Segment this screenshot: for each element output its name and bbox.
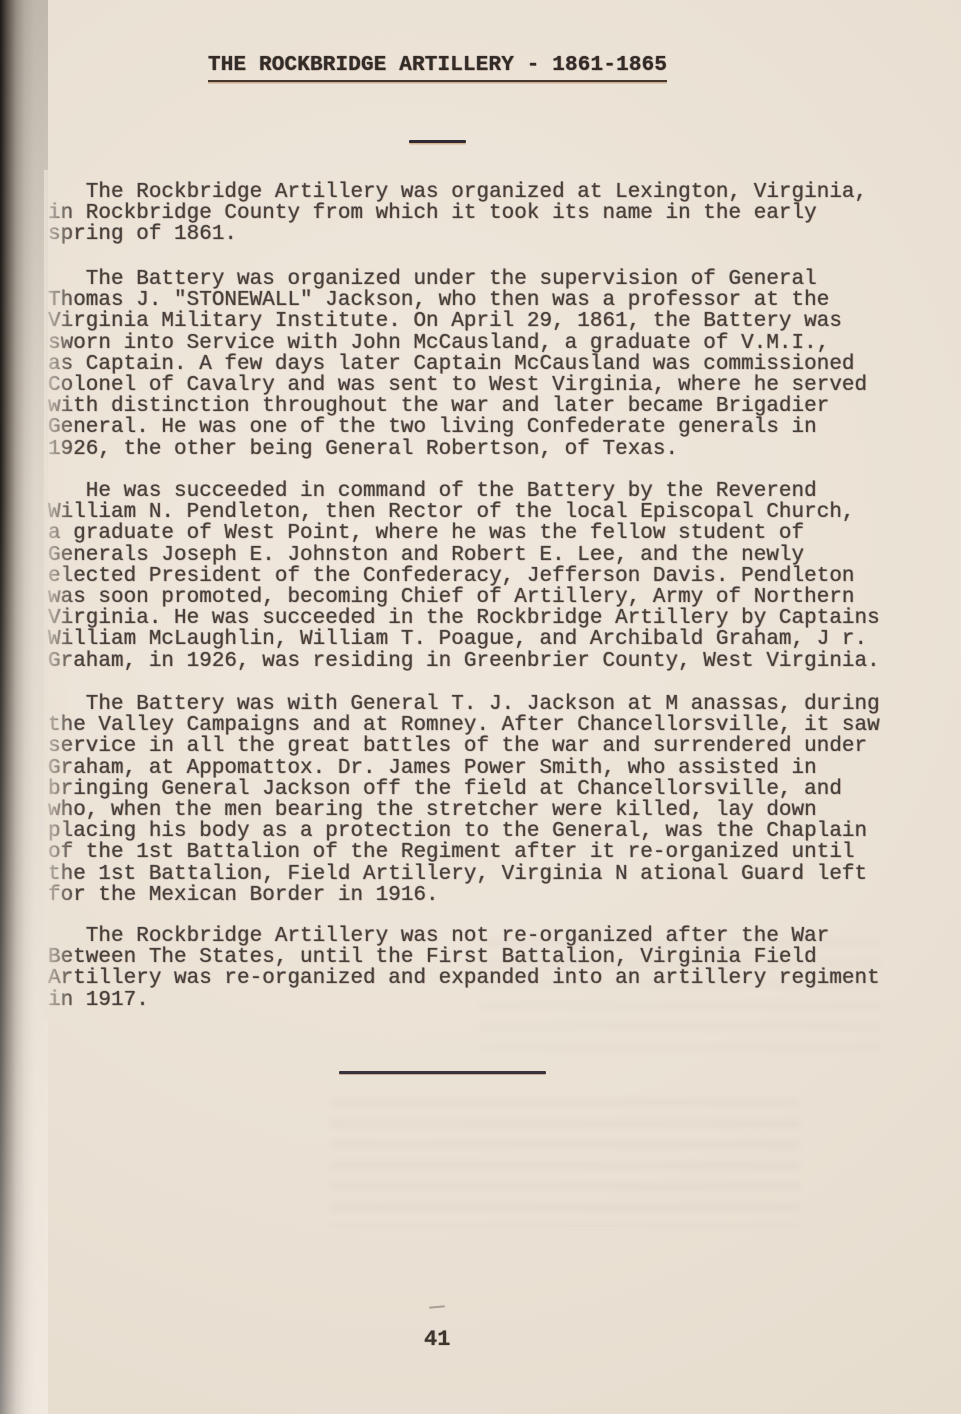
page-title: THE ROCKBRIDGE ARTILLERY - 1861-1865	[208, 54, 667, 82]
page-number: 41	[424, 1327, 450, 1352]
stray-pen-mark	[429, 1305, 445, 1308]
title-separator-rule	[409, 140, 466, 143]
paragraph-4: The Battery was with General T. J. Jacks…	[48, 694, 880, 906]
paragraph-5: The Rockbridge Artillery was not re-orga…	[48, 926, 880, 1011]
book-gutter-shadow	[0, 0, 48, 1414]
scanned-book-page: THE ROCKBRIDGE ARTILLERY - 1861-1865 The…	[0, 0, 961, 1414]
paragraph-3: He was succeeded in command of the Batte…	[48, 481, 880, 672]
paragraph-2: The Battery was organized under the supe…	[48, 269, 867, 460]
paragraph-1: The Rockbridge Artillery was organized a…	[48, 182, 867, 246]
bleed-through-smudge	[330, 1098, 800, 1228]
end-of-section-rule	[339, 1071, 546, 1074]
